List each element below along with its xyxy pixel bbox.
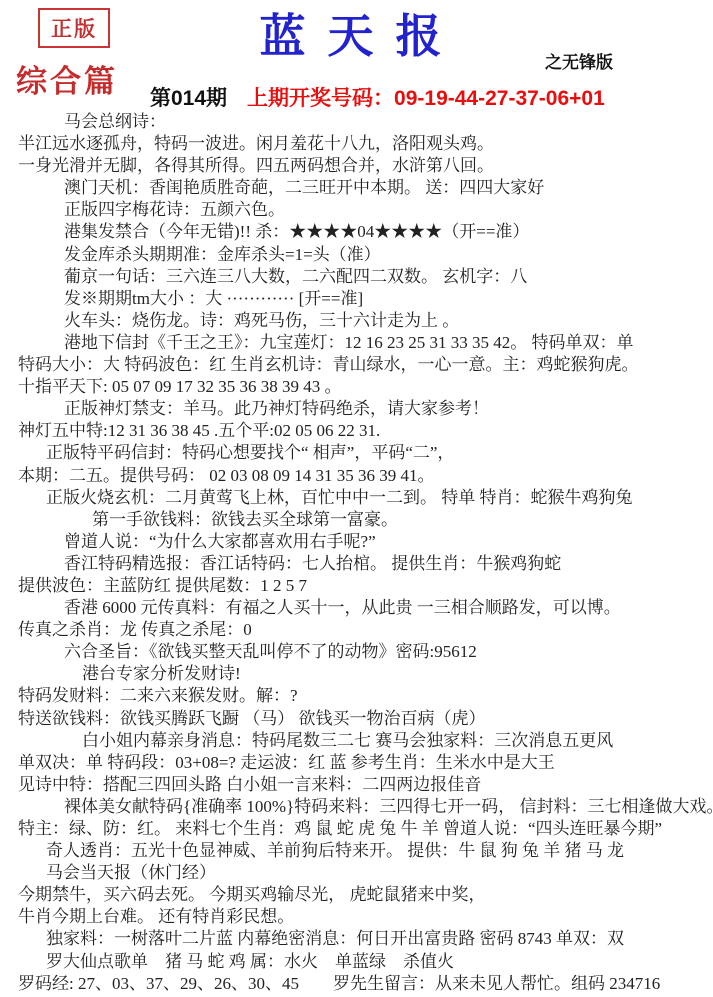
page-title: 蓝天报 <box>250 0 464 66</box>
text-line: 牛肖今期上台难。 还有特肖彩民想。 <box>0 906 713 928</box>
text-line: 罗大仙点歌单 猪 马 蛇 鸡 属：水火 单蓝绿 杀值火 <box>0 951 713 973</box>
text-line: 发金库杀头期期准：金库杀头=1=头（准） <box>0 244 713 266</box>
text-line: 香江特码精选报：香江话特码：七人抬棺。 提供生肖：牛猴鸡狗蛇 <box>0 553 713 575</box>
text-line: 六合圣旨：《欲钱买整天乱叫停不了的动物》密码:95612 <box>0 641 713 663</box>
text-line: 正版神灯禁支：羊马。此乃神灯特码绝杀，请大家参考！ <box>0 398 713 420</box>
text-line: 港地下信封《千王之王》：九宝莲灯：12 16 23 25 31 33 35 42… <box>0 332 713 354</box>
text-line: 白小姐内幕亲身消息：特码尾数三二七 赛马会独家料：三次消息五更风 <box>0 730 713 752</box>
text-line: 香港 6000 元传真料：有福之人买十一，从此贵 一三相合顺路发，可以博。 <box>0 597 713 619</box>
text-line: 正版火烧玄机：二月黄莺飞上林，百忙中中一二到。 特单 特肖：蛇猴牛鸡狗兔 <box>0 487 713 509</box>
text-line: 马会当天报（休门经） <box>0 862 713 884</box>
text-line: 港集发禁合（今年无错)!! 杀：★★★★04★★★★（开==准） <box>0 221 713 243</box>
text-line: 特码大小：大 特码波色：红 生肖玄机诗：青山绿水，一心一意。主：鸡蛇猴狗虎。 <box>0 354 713 376</box>
text-line: 一身光滑并无脚，各得其所得。四五两码想合并，水浒第八回。 <box>0 155 713 177</box>
authentic-stamp: 正版 <box>38 8 110 48</box>
newspaper-page: 正版 蓝天报 之无锋版 综合篇 第014期 上期开奖号码：09-19-44-27… <box>0 0 713 997</box>
text-line: 葡京一句话：三六连三八大数，二六配四二双数。 玄机字：八 <box>0 266 713 288</box>
text-line: 马会总纲诗： <box>0 111 713 133</box>
text-line: 特主：绿、防：红。 来料七个生肖：鸡 鼠 蛇 虎 兔 牛 羊 曾道人说：“四头连… <box>0 818 713 840</box>
text-line: 十指平天下: 05 07 09 17 32 35 36 38 39 43 。 <box>0 376 713 398</box>
text-line: 见诗中特：搭配三四回头路 白小姐一言来料：二四两边报佳音 <box>0 774 713 796</box>
text-line: 传真之杀肖：龙 传真之杀尾：0 <box>0 619 713 641</box>
text-line: 特送欲钱料：欲钱买腾跃飞蹰 （马） 欲钱买一物治百病（虎） <box>0 708 713 730</box>
text-line: 独家料：一树落叶二片蓝 内幕绝密消息：何日开出富贵路 密码 8743 单双：双 <box>0 928 713 950</box>
text-line: 裸体美女献特码{准确率 100%}特码来料：三四得七开一码， 信封料：三七相逢做… <box>0 796 713 818</box>
text-line: 发※期期tm大小 ：大 ············ [开==准] <box>0 288 713 310</box>
text-line: 半江远水逐孤舟，特码一波进。闲月羞花十八九，洛阳观头鸡。 <box>0 133 713 155</box>
text-line: 澳门天机：香闺艳质胜奇葩，二三旺开中本期。 送：四四大家好 <box>0 177 713 199</box>
text-line: 罗码经: 27、03、37、29、26、30、45 罗先生留言：从来未见人帮忙。… <box>0 973 713 995</box>
text-line: 奇人透肖：五光十色显神威、羊前狗后特来开。 提供：牛 鼠 狗 兔 羊 猪 马 龙 <box>0 840 713 862</box>
text-line: 曾道人说：“为什么大家都喜欢用右手呢?” <box>0 531 713 553</box>
edition-label: 之无锋版 <box>545 48 613 73</box>
body-text: 马会总纲诗： 半江远水逐孤舟，特码一波进。闲月羞花十八九，洛阳观头鸡。 一身光滑… <box>0 111 713 995</box>
text-line: 今期禁牛，买六码去死。 今期买鸡输尽光， 虎蛇鼠猪来中奖， <box>0 884 713 906</box>
text-line: 火车头：烧伤龙。诗：鸡死马伤，三十六计走为上 。 <box>0 310 713 332</box>
text-line: 提供波色：主蓝防红 提供尾数：1 2 5 7 <box>0 575 713 597</box>
text-line: 正版四字梅花诗：五颜六色。 <box>0 199 713 221</box>
issue-row: 第014期 上期开奖号码：09-19-44-27-37-06+01 <box>150 82 605 112</box>
text-line: 港台专家分析发财诗! <box>0 663 713 685</box>
text-line: 本期：二五。提供号码： 02 03 08 09 14 31 35 36 39 4… <box>0 465 713 487</box>
text-line: 神灯五中特:12 31 36 38 45 .五个平:02 05 06 22 31… <box>0 420 713 442</box>
issue-number: 第014期 <box>150 82 227 112</box>
text-line: 特码发财料：二来六来猴发财。解：? <box>0 685 713 707</box>
text-line: 正版特平码信封：特码心想要找个“ 相声”，平码“二”， <box>0 442 713 464</box>
text-line: 单双决：单 特码段：03+08=? 走运波：红 蓝 参考生肖：生米水中是大王 <box>0 752 713 774</box>
last-draw-numbers: 上期开奖号码：09-19-44-27-37-06+01 <box>247 82 605 112</box>
section-title: 综合篇 <box>16 56 118 101</box>
text-line: 第一手欲钱料：欲钱去买全球第一富豪。 <box>0 509 713 531</box>
